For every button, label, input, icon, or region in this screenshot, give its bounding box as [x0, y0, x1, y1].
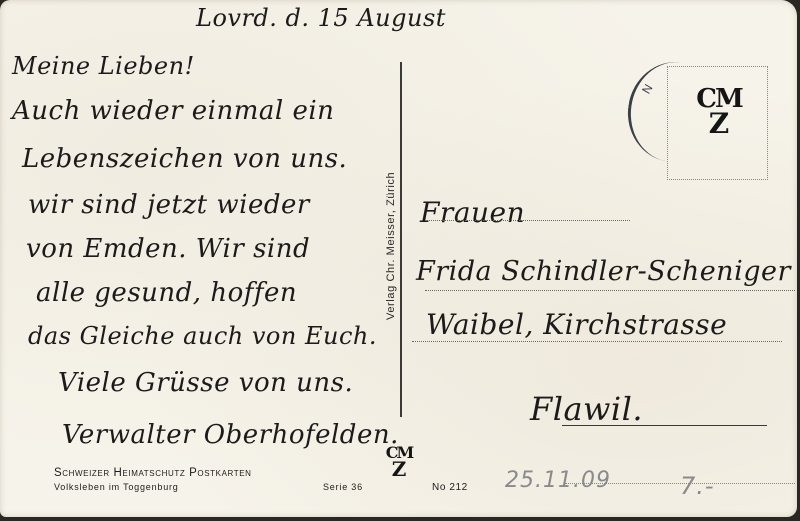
pencil-price-note: 7.- — [680, 472, 715, 500]
publisher-logo-icon: CM Z — [384, 446, 414, 478]
serie-number: Serie 36 — [323, 482, 363, 492]
publisher-imprint: Verlag Chr. Meisser, Zürich — [385, 172, 397, 320]
message-line: Viele Grüsse von uns. — [58, 368, 353, 398]
address-line-2: Frida Schindler-Scheniger — [416, 256, 791, 287]
address-dotted-line — [412, 341, 782, 342]
series-subtitle: Volksleben im Toggenburg — [54, 482, 179, 492]
address-line-4: Flawil. — [530, 390, 643, 428]
address-line-1: Frauen — [420, 196, 525, 229]
message-line: alle gesund, hoffen — [36, 278, 297, 308]
series-title: Schweizer Heimatschutz Postkarten — [54, 467, 252, 479]
address-dotted-line — [425, 290, 795, 291]
message-line: wir sind jetzt wieder — [28, 190, 310, 220]
message-line: Meine Lieben! — [12, 52, 195, 80]
card-number: No 212 — [432, 482, 468, 493]
postcard-back: Lovrd. d. 15 August Meine Lieben! Auch w… — [0, 0, 797, 517]
message-line: das Gleiche auch von Euch. — [28, 322, 377, 350]
handwritten-date-line: Lovrd. d. 15 August — [196, 4, 446, 32]
center-divider-line — [400, 62, 402, 417]
message-line: Auch wieder einmal ein — [12, 96, 334, 126]
address-underline — [562, 425, 767, 426]
message-line: Verwalter Oberhofelden. — [62, 420, 399, 450]
pencil-date-note: 25.11.09 — [505, 468, 611, 493]
message-line: Lebenszeichen von uns. — [22, 144, 347, 174]
cmz-monogram-icon: CM Z — [696, 88, 742, 137]
address-dotted-line — [425, 220, 630, 221]
message-line: von Emden. Wir sind — [26, 234, 310, 264]
address-line-3: Waibel, Kirchstrasse — [426, 308, 727, 341]
